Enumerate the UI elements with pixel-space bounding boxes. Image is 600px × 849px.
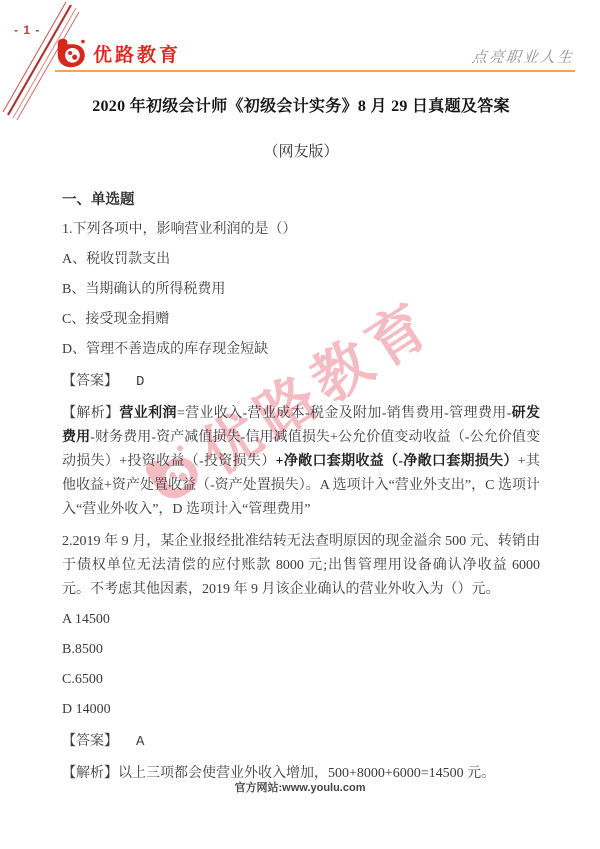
analysis-segment: 【解析】以上三项都会使营业外收入增加，500+8000+6000=14500 元… bbox=[62, 766, 495, 781]
brand-logo-icon bbox=[55, 37, 88, 69]
analysis-paragraph: 【解析】以上三项都会使营业外收入增加，500+8000+6000=14500 元… bbox=[62, 762, 540, 786]
question-stem: 2.2019 年 9 月，某企业报经批准结转无法查明原因的现金溢余 500 元、… bbox=[62, 530, 540, 602]
page-title: 2020 年初级会计师《初级会计实务》8 月 29 日真题及答案 bbox=[62, 96, 540, 118]
analysis-segment: 营业利润 bbox=[119, 406, 176, 421]
section-title: 一、单选题 bbox=[62, 190, 540, 210]
question-block-1: 1.下列各项中，影响营业利润的是（） A、税收罚款支出 B、当期确认的所得税费用… bbox=[62, 218, 540, 522]
option-c: C、接受现金捐赠 bbox=[62, 308, 540, 332]
answer-value: A bbox=[136, 734, 144, 750]
option-c: C.6500 bbox=[62, 668, 540, 692]
page-subtitle: （网友版） bbox=[62, 142, 540, 162]
answer-row: 【答案】D bbox=[62, 370, 540, 394]
option-b: B.8500 bbox=[62, 638, 540, 662]
answer-label: 【答案】 bbox=[62, 734, 118, 749]
option-d: D 14000 bbox=[62, 698, 540, 722]
document-body: 2020 年初级会计师《初级会计实务》8 月 29 日真题及答案 （网友版） 一… bbox=[62, 84, 540, 786]
analysis-paragraph: 【解析】营业利润=营业收入-营业成本-税金及附加-销售费用-管理费用-研发费用-… bbox=[62, 402, 540, 522]
brand-logo: 优路教育 bbox=[55, 37, 181, 69]
answer-value: D bbox=[136, 374, 144, 390]
brand-slogan: 点亮职业人生 bbox=[471, 46, 575, 67]
document-page: - 1 - 优路教育 点亮职业人生 优路教育 2020 年初级会计师《初级会 bbox=[0, 0, 600, 849]
header: 优路教育 点亮职业人生 bbox=[55, 37, 574, 69]
option-b: B、当期确认的所得税费用 bbox=[62, 278, 540, 302]
brand-name: 优路教育 bbox=[93, 40, 181, 67]
question-block-2: 2.2019 年 9 月，某企业报经批准结转无法查明原因的现金溢余 500 元、… bbox=[62, 530, 540, 786]
answer-label: 【答案】 bbox=[62, 374, 118, 389]
analysis-segment: +净敞口套期收益（-净敞口套期损失） bbox=[276, 454, 518, 469]
header-rule bbox=[55, 70, 575, 72]
question-stem: 1.下列各项中，影响营业利润的是（） bbox=[62, 218, 540, 242]
analysis-segment: 【解析】 bbox=[62, 406, 119, 421]
answer-row: 【答案】A bbox=[62, 730, 540, 754]
option-a: A 14500 bbox=[62, 608, 540, 632]
option-a: A、税收罚款支出 bbox=[62, 248, 540, 272]
analysis-segment: =营业收入-营业成本-税金及附加-销售费用-管理费用- bbox=[177, 406, 511, 421]
option-d: D、管理不善造成的库存现金短缺 bbox=[62, 338, 540, 362]
page-number: - 1 - bbox=[14, 23, 40, 37]
